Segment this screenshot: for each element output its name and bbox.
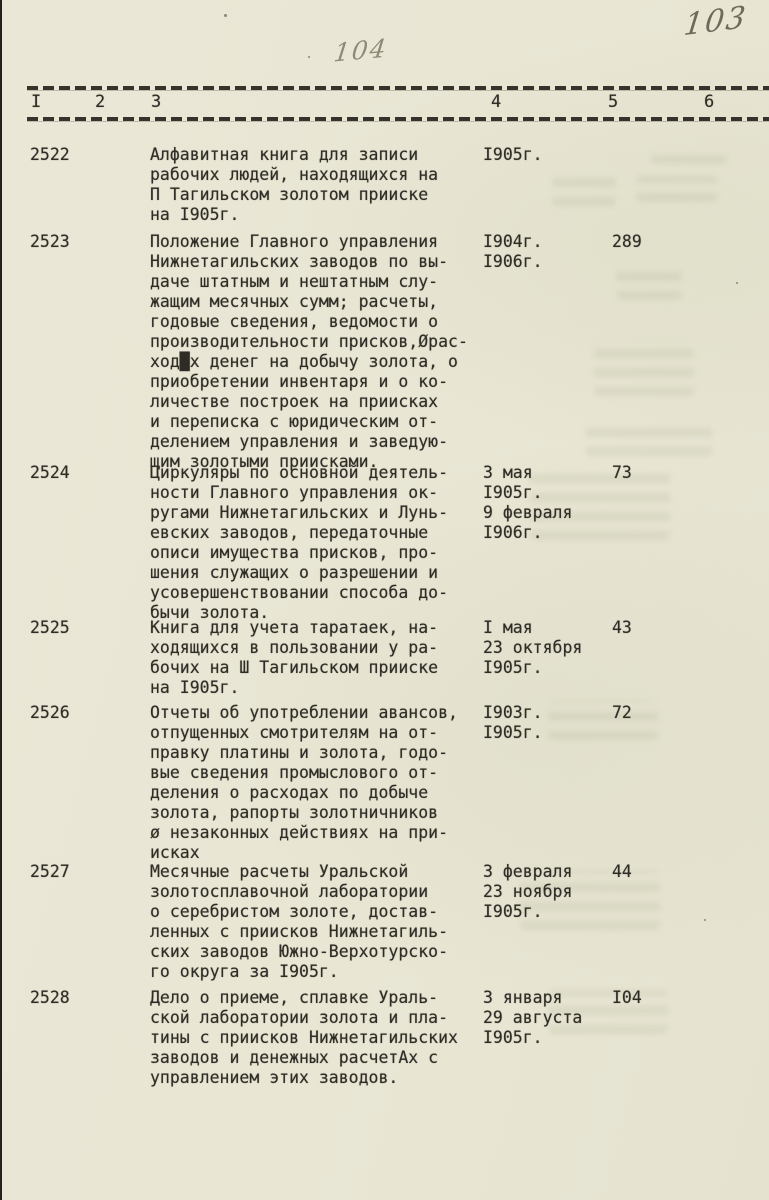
item-number: 2528 xyxy=(30,988,70,1008)
description-line: Месячные расчеты Уральской xyxy=(150,862,490,882)
item-dates: 3 маяI905г.9 февраляI906г. xyxy=(483,463,603,543)
description-line: Алфавитная книга для записи xyxy=(150,145,490,165)
description-line: управлением этих заводов. xyxy=(150,1068,490,1088)
bleedthrough-smudge xyxy=(650,146,728,164)
item-number: 2523 xyxy=(30,232,70,252)
description-line: заводов и денежных расчетАх с xyxy=(150,1048,490,1068)
description-line: деления о расходах по добыче xyxy=(150,783,490,803)
description-line: золота, рапорты золотничников xyxy=(150,803,490,823)
date-line: I905г. xyxy=(483,483,603,503)
description-line: золотосплавочной лаборатории xyxy=(150,882,490,902)
description-line: шения служащих о разрешении и xyxy=(150,563,490,583)
item-sheet-count: 44 xyxy=(612,862,632,882)
description-line: приобретении инвентаря и о ко- xyxy=(150,372,490,392)
handwritten-page-number-center: 104 xyxy=(332,33,389,67)
column-header-4: 4 xyxy=(491,92,501,112)
item-sheet-count: 72 xyxy=(612,703,632,723)
description-line: делением управления и заведую- xyxy=(150,432,490,452)
description-line: тины с приисков Нижнетагильских xyxy=(150,1028,490,1048)
date-line: 23 ноября xyxy=(483,882,603,902)
paper-speck xyxy=(308,56,310,58)
bleedthrough-smudge xyxy=(594,338,694,396)
description-line: П Тагильском золотом прииске xyxy=(150,185,490,205)
description-line: Книга для учета таратаек, на- xyxy=(150,618,490,638)
date-line: I905г. xyxy=(483,723,603,743)
item-description: Положение Главного управленияНижнетагиль… xyxy=(150,232,490,472)
date-line: I906г. xyxy=(483,523,603,543)
description-line: бочих на Ш Тагильском прииске xyxy=(150,658,490,678)
description-line: ходящихся в пользовании у ра- xyxy=(150,638,490,658)
item-number: 2526 xyxy=(30,703,70,723)
description-line: Циркуляры по основной деятель- xyxy=(150,463,490,483)
scan-edge-shadow xyxy=(0,0,2,1200)
date-line: I905г. xyxy=(483,658,603,678)
item-sheet-count: 43 xyxy=(612,618,632,638)
description-line: ности Главного управления ок- xyxy=(150,483,490,503)
description-line: ских заводов Южно-Верхотурско- xyxy=(150,942,490,962)
column-header-3: 3 xyxy=(151,92,161,112)
item-dates: I904г.I906г. xyxy=(483,232,603,272)
table-header-rule-bottom xyxy=(27,117,769,121)
archival-inventory-page: 104 103 I 2 3 4 5 6 2522 Алфавитная книг… xyxy=(0,0,769,1200)
column-header-6: 6 xyxy=(704,92,714,112)
description-line: личестве построек на приисках xyxy=(150,392,490,412)
date-line: I905г. xyxy=(483,902,603,922)
date-line: 23 октября xyxy=(483,638,603,658)
date-line: I905г. xyxy=(483,1028,603,1048)
bleedthrough-smudge xyxy=(616,268,682,300)
description-line: евских заводов, передаточные xyxy=(150,523,490,543)
date-line: 3 января xyxy=(483,988,603,1008)
description-line: Отчеты об употреблении авансов, xyxy=(150,703,490,723)
date-line: 9 февраля xyxy=(483,503,603,523)
description-line: рабочих людей, находящихся на xyxy=(150,165,490,185)
item-dates: I905г. xyxy=(483,145,603,165)
item-dates: I903г.I905г. xyxy=(483,703,603,743)
description-line: исках xyxy=(150,843,490,863)
item-number: 2522 xyxy=(30,145,70,165)
description-line: производительности присков,Øрас- xyxy=(150,332,490,352)
date-line: I903г. xyxy=(483,703,603,723)
date-line: 3 февраля xyxy=(483,862,603,882)
paper-speck xyxy=(704,919,706,921)
item-sheet-count: 289 xyxy=(612,232,642,252)
bleedthrough-smudge xyxy=(552,168,616,206)
description-line: Дело о приеме, сплавке Ураль- xyxy=(150,988,490,1008)
description-line: Нижнетагильских заводов по вы- xyxy=(150,252,490,272)
date-line: I905г. xyxy=(483,145,603,165)
date-line: 29 августа xyxy=(483,1008,603,1028)
description-line: Положение Главного управления xyxy=(150,232,490,252)
description-line: усовершенствовании способа до- xyxy=(150,583,490,603)
item-description: Дело о приеме, сплавке Ураль-ской лабора… xyxy=(150,988,490,1088)
table-header-rule-top xyxy=(27,86,769,90)
item-dates: I мая23 октябряI905г. xyxy=(483,618,603,678)
column-header-2: 2 xyxy=(95,92,105,112)
item-number: 2524 xyxy=(30,463,70,483)
item-sheet-count: 73 xyxy=(612,463,632,483)
description-line: вые сведения промыслового от- xyxy=(150,763,490,783)
paper-speck xyxy=(224,14,227,17)
column-header-1: I xyxy=(31,92,41,112)
column-header-5: 5 xyxy=(608,92,618,112)
item-sheet-count: I04 xyxy=(612,988,642,1008)
bleedthrough-smudge xyxy=(636,176,718,202)
item-description: Циркуляры по основной деятель-ности Глав… xyxy=(150,463,490,623)
item-dates: 3 января29 августаI905г. xyxy=(483,988,603,1048)
item-description: Месячные расчеты Уральскойзолотосплавочн… xyxy=(150,862,490,982)
description-line: ругами Нижнетагильских и Лунь- xyxy=(150,503,490,523)
item-dates: 3 февраля23 ноябряI905г. xyxy=(483,862,603,922)
paper-speck xyxy=(736,282,738,284)
description-line: на I905г. xyxy=(150,205,490,225)
description-line: годовые сведения, ведомости о xyxy=(150,312,490,332)
date-line: I904г. xyxy=(483,232,603,252)
description-line: о серебристом золоте, достав- xyxy=(150,902,490,922)
item-number: 2525 xyxy=(30,618,70,638)
description-line: даче штатным и нештатным слу- xyxy=(150,272,490,292)
item-description: Алфавитная книга для записирабочих людей… xyxy=(150,145,490,225)
description-line: ской лаборатории золота и пла- xyxy=(150,1008,490,1028)
date-line: I906г. xyxy=(483,252,603,272)
description-line: го округа за I905г. xyxy=(150,962,490,982)
item-number: 2527 xyxy=(30,862,70,882)
description-line: описи имущества присков, про- xyxy=(150,543,490,563)
description-line: отпущенных смотрителям на от- xyxy=(150,723,490,743)
description-line: правку платины и золота, годо- xyxy=(150,743,490,763)
handwritten-page-number-corner: 103 xyxy=(682,0,749,43)
description-line: ленных с приисков Нижнетагиль- xyxy=(150,922,490,942)
bleedthrough-smudge xyxy=(586,420,712,456)
item-description: Отчеты об употреблении авансов,отпущенны… xyxy=(150,703,490,863)
description-line: и переписка с юридическим от- xyxy=(150,412,490,432)
date-line: 3 мая xyxy=(483,463,603,483)
description-line: на I905г. xyxy=(150,678,490,698)
item-description: Книга для учета таратаек, на-ходящихся в… xyxy=(150,618,490,698)
description-line: жащим месячных сумм; расчеты, xyxy=(150,292,490,312)
date-line: I мая xyxy=(483,618,603,638)
description-line: ø незаконных действиях на при- xyxy=(150,823,490,843)
description-line: ход█х денег на добычу золота, о xyxy=(150,352,490,372)
